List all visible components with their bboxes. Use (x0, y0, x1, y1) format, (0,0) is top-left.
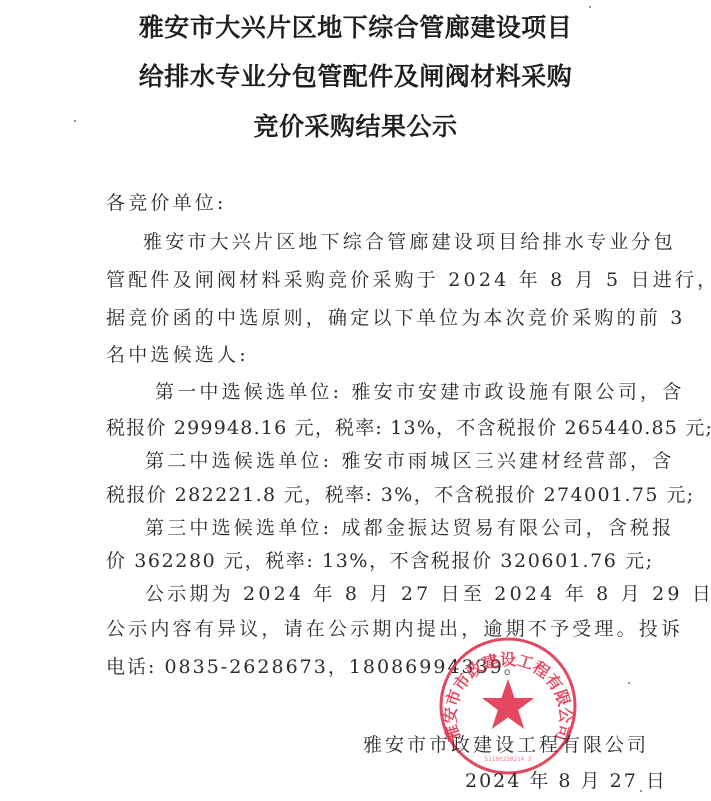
signature-date: 2024 年 8 月 27 日 (465, 766, 667, 793)
scan-speck (74, 120, 76, 122)
candidate-3-line-2: 价 362280 元，税率: 13%，不含税报价 320601.76 元; (106, 546, 654, 573)
notice-line-2: 公示内容有异议，请在公示期内提出，逾期不予受理。投诉 (106, 614, 683, 641)
candidate-3-line-1: 第三中选候选单位: 成都金振达贸易有限公司，含税报 (145, 513, 674, 540)
stamp-code: 51180230214 3 (485, 756, 532, 763)
notice-line-1: 公示期为 2024 年 8 月 27 日至 2024 年 8 月 29 日，如对 (145, 579, 711, 606)
title-line-1: 雅安市大兴片区地下综合管廊建设项目 (0, 8, 711, 44)
candidate-1-line-2: 税报价 299948.16 元，税率: 13%，不含税报价 265440.85 … (106, 413, 711, 440)
scan-speck (640, 790, 642, 792)
title-line-3: 竞价采购结果公示 (0, 107, 711, 143)
scan-speck (589, 6, 591, 8)
stamp-star-icon (482, 679, 534, 729)
body-line-1: 雅安市大兴片区地下综合管廊建设项目给排水专业分包 (143, 227, 676, 254)
title-line-2: 给排水专业分包管配件及闸阀材料采购 (0, 57, 711, 93)
candidate-2-line-1: 第二中选候选单位: 雅安市雨城区三兴建材经营部，含 (145, 446, 674, 473)
salutation: 各竞价单位: (106, 188, 227, 215)
candidate-2-line-2: 税报价 282221.8 元，税率: 3%，不含税报价 274001.75 元; (106, 480, 695, 507)
body-line-2: 管配件及闸阀材料采购竞价采购于 2024 年 8 月 5 日进行，根 (106, 265, 711, 292)
signature-company: 雅安市市政建设工程有限公司 (363, 730, 649, 757)
body-line-4: 名中选候选人: (106, 340, 249, 367)
body-line-3: 据竞价函的中选原则，确定以下单位为本次竞价采购的前 3 (106, 303, 686, 330)
candidate-1-line-1: 第一中选候选单位: 雅安市安建市政设施有限公司，含 (155, 377, 684, 404)
scan-speck (628, 682, 630, 684)
